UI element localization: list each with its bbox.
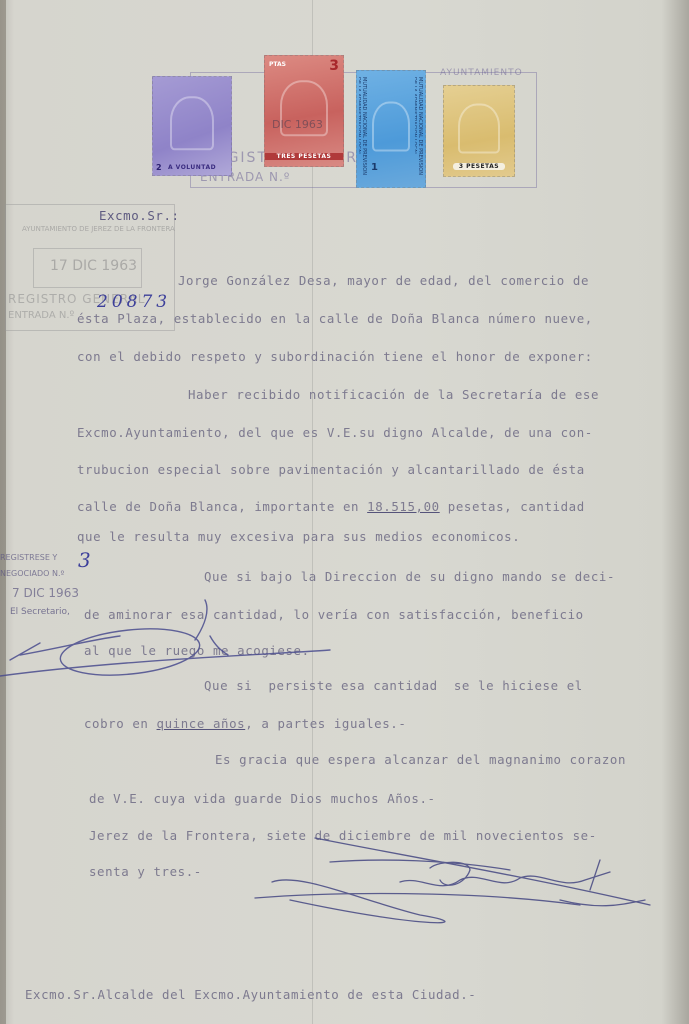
blue-stamp-side-text-left: MUTUALIDAD NACIONAL DE PREVISION DE LA A…	[359, 77, 367, 181]
body-line-14: Es gracia que espera alcanzar del magnan…	[215, 752, 626, 767]
margin-stamp-secretary: El Secretario,	[10, 607, 70, 617]
document-page: REGISTRO GENERAL ENTRADA N.º A VOLUNTAD …	[0, 0, 689, 1024]
red-stamp-value: 3	[329, 58, 339, 74]
body-line-13-end: , a partes iguales.-	[245, 716, 406, 731]
coat-of-arms-icon	[170, 96, 214, 150]
body-line-13: cobro en quince años, a partes iguales.-	[84, 716, 406, 731]
blue-mutualidad-stamp: MUTUALIDAD NACIONAL DE PREVISION DE LA A…	[356, 70, 426, 188]
margin-stamp-line1: REGISTRESE Y	[0, 553, 57, 562]
body-line-7-start: calle de Doña Blanca, importante en	[77, 499, 367, 514]
gold-stamp-overprint: AYUNTAMIENTO	[440, 68, 523, 78]
crown-shield-icon	[458, 104, 500, 154]
body-line-5: Excmo.Ayuntamiento, del que es V.E.su di…	[77, 425, 593, 440]
registry-stamp-left-date: 17 DIC 1963	[50, 258, 137, 274]
body-line-2: ésta Plaza, establecido en la calle de D…	[77, 311, 593, 326]
red-stamp-label: TRES PESETAS	[265, 153, 343, 160]
body-line-9: Que si bajo la Direccion de su digno man…	[204, 569, 615, 584]
body-line-12: Que si persiste esa cantidad se le hicie…	[204, 678, 583, 693]
handwritten-negociado-number: 3	[78, 548, 91, 572]
signature-icon	[255, 838, 650, 923]
body-line-16: Jerez de la Frontera, siete de diciembre…	[89, 828, 597, 843]
salutation: Excmo.Sr.:	[99, 208, 180, 223]
amount-underlined: 18.515,00	[367, 499, 440, 514]
purple-fiscal-stamp: A VOLUNTAD 2	[152, 76, 232, 176]
body-line-7: calle de Doña Blanca, importante en 18.5…	[77, 499, 585, 514]
registry-stamp-left-title: AYUNTAMIENTO DE JEREZ DE LA FRONTERA	[22, 225, 175, 233]
torch-emblem-icon	[372, 102, 410, 152]
term-underlined: quince años	[157, 716, 246, 731]
red-stamp-cancel-date: DIC 1963	[272, 118, 323, 131]
red-stamp-currency: PTAS	[269, 61, 286, 68]
body-line-13-start: cobro en	[84, 716, 157, 731]
margin-stamp-line2: NEGOCIADO N.º	[0, 569, 64, 578]
blue-stamp-side-text-right: MUTUALIDAD NACIONAL DE PREVISION DE LA A…	[415, 77, 423, 181]
body-line-4: Haber recibido notificación de la Secret…	[188, 387, 599, 402]
body-line-10: de aminorar esa cantidad, lo vería con s…	[84, 607, 584, 622]
purple-stamp-label: A VOLUNTAD	[153, 164, 231, 171]
addressee: Excmo.Sr.Alcalde del Excmo.Ayuntamiento …	[25, 987, 476, 1002]
body-line-17: senta y tres.-	[89, 864, 202, 879]
margin-stamp-date: 7 DIC 1963	[12, 586, 79, 600]
body-line-11: al que le ruego me acogiese.	[84, 643, 310, 658]
red-fiscal-stamp: PTAS 3 TRES PESETAS	[264, 55, 344, 167]
body-line-1: Jorge González Desa, mayor de edad, del …	[178, 273, 589, 288]
blue-stamp-value: 1	[371, 162, 378, 173]
body-line-15: de V.E. cuya vida guarde Dios muchos Año…	[89, 791, 436, 806]
registry-stamp-left-line2: ENTRADA N.º	[8, 310, 74, 321]
body-line-8: que le resulta muy excesiva para sus med…	[77, 529, 520, 544]
purple-stamp-value: 2	[156, 163, 162, 172]
body-line-3: con el debido respeto y subordinación ti…	[77, 349, 593, 364]
body-line-6: trubucion especial sobre pavimentación y…	[77, 462, 585, 477]
gold-stamp-label: 3 PESETAS	[453, 163, 505, 170]
gold-municipal-stamp: 3 PESETAS	[443, 85, 515, 177]
body-line-7-end: pesetas, cantidad	[440, 499, 585, 514]
handwritten-entry-number: 20873	[97, 292, 171, 312]
